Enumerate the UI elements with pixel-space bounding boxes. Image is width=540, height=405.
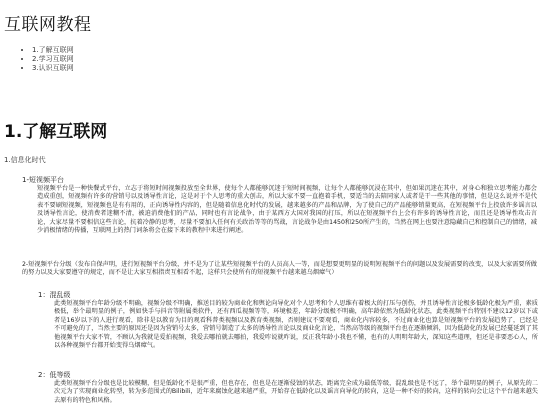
paragraph-platform-rating: 2-短视频平台分级（发布自保声明，进行短视频平台分级，并不是为了让某些短视频平台… [22, 261, 537, 278]
section-title-text: 了解互联网 [22, 122, 107, 142]
toc-item-label[interactable]: 3.认识互联网 [32, 64, 74, 72]
toc-item-label[interactable]: 1.了解互联网 [32, 46, 74, 54]
paragraph-short-video-platform: 短视频平台是一种快餐式平台，立志于将短时间视频投放至全世界，使每个人都能够沉迷于… [37, 185, 537, 235]
subsection-heading: 1.信息化时代 [4, 155, 46, 165]
toc-item-1[interactable]: 1.了解互联网 [32, 46, 74, 55]
page-title: 互联网教程 [4, 10, 92, 35]
section-number: 1. [4, 122, 22, 142]
toc-item-label[interactable]: 2.学习互联网 [32, 55, 74, 63]
toc-item-3[interactable]: 3.认识互联网 [32, 64, 74, 73]
item-title-short-video-platform: 1-短视频平台 [22, 175, 64, 185]
paragraph-level-chaotic: 此类短视频平台年龄分级不明确，视频分级不明确，推送目的较为商业化和舆论向导化对个… [54, 300, 538, 350]
level-title-low: 2：低等级 [38, 370, 70, 380]
level-title-chaotic: 1：混乱级 [38, 290, 70, 300]
table-of-contents: 1.了解互联网 2.学习互联网 3.认识互联网 [22, 46, 74, 73]
toc-item-2[interactable]: 2.学习互联网 [32, 55, 74, 64]
section-heading: 1.了解互联网 [4, 117, 107, 142]
paragraph-level-low: 此类短视频平台分级也是比较模糊，但是低龄化不是很严重，但也存在，但也是在逐渐侵蚀… [54, 380, 538, 405]
